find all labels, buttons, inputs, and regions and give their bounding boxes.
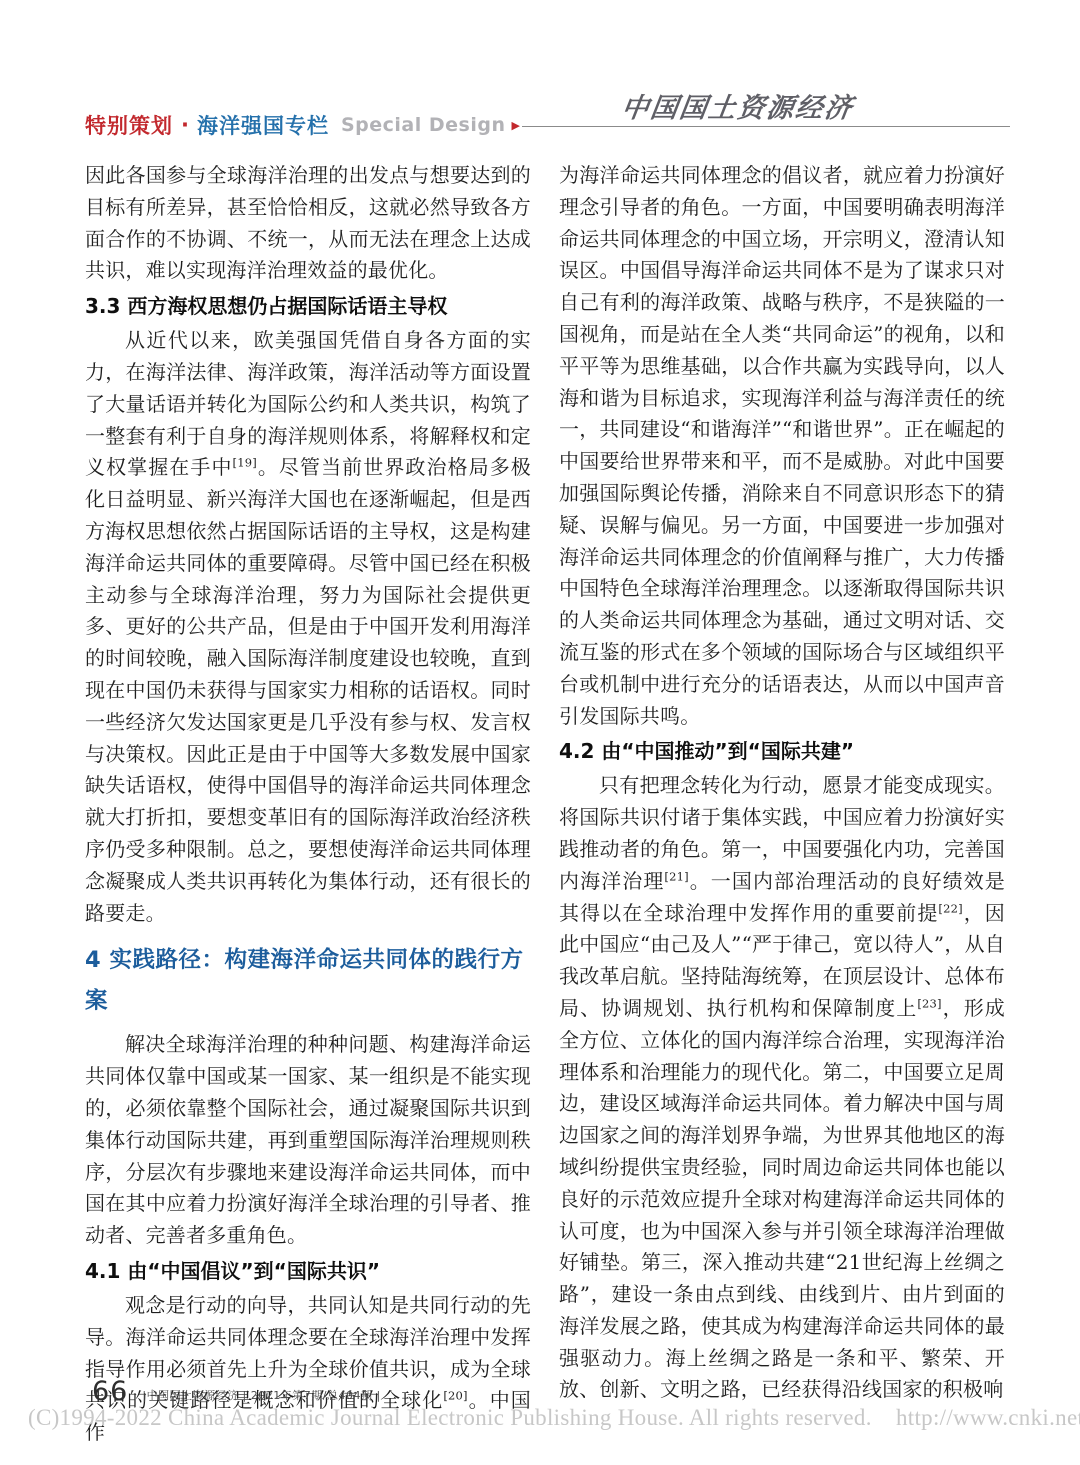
citation-reference: [22]: [938, 901, 962, 915]
subsection-heading: 4.2 由“中国推动”到“国际共建”: [559, 736, 1005, 767]
page-footer: 66 |中国国土资源经济 | 2021年第7期/总404期 |: [92, 1376, 381, 1407]
body-paragraph: 解决全球海洋治理的种种问题、构建海洋命运共同体仅靠中国或某一国家、某一组织是不能…: [85, 1029, 531, 1252]
body-paragraph: 只有把理念转化为行动，愿景才能变成现实。将国际共识付诸于集体实践，中国应着力扮演…: [559, 770, 1005, 1406]
journal-page: 中国国土资源经济 特别策划 · 海洋强国专栏 Special Design ▶ …: [0, 0, 1080, 1465]
article-body: 因此各国参与全球海洋治理的出发点与想要达到的目标有所差异，甚至恰恰相反，这就必然…: [85, 160, 1005, 1449]
header-rule: [522, 126, 1010, 127]
page-header: 特别策划 · 海洋强国专栏 Special Design ▶: [85, 110, 1010, 140]
page-number: 66: [92, 1376, 128, 1407]
citation-reference: [23]: [917, 996, 941, 1010]
body-paragraph: 为海洋命运共同体理念的倡议者，就应着力扮演好理念引导者的角色。一方面，中国要明确…: [559, 160, 1005, 732]
subsection-heading: 3.3 西方海权思想仍占据国际话语主导权: [85, 291, 531, 322]
citation-reference: [21]: [664, 869, 688, 883]
footer-journal-issue-info: |中国国土资源经济 | 2021年第7期/总404期 |: [142, 1387, 380, 1403]
body-paragraph: 因此各国参与全球海洋治理的出发点与想要达到的目标有所差异，甚至恰恰相反，这就必然…: [85, 160, 531, 287]
major-section-heading: 4 实践路径：构建海洋命运共同体的践行方案: [85, 940, 531, 1022]
header-separator-dot: ·: [181, 113, 189, 137]
arrow-right-icon: ▶: [512, 120, 520, 131]
header-label-english: Special Design: [341, 114, 506, 136]
body-paragraph: 从近代以来，欧美强国凭借自身各方面的实力，在海洋法律、海洋政策，海洋活动等方面设…: [85, 325, 531, 929]
header-label-column-title: 海洋强国专栏: [197, 110, 329, 140]
citation-reference: [20]: [443, 1389, 467, 1403]
left-column: 因此各国参与全球海洋治理的出发点与想要达到的目标有所差异，甚至恰恰相反，这就必然…: [85, 160, 531, 1449]
header-label-special-plan: 特别策划: [85, 110, 173, 140]
right-column: 为海洋命运共同体理念的倡议者，就应着力扮演好理念引导者的角色。一方面，中国要明确…: [559, 160, 1005, 1449]
copyright-watermark: (C)1994-2022 China Academic Journal Elec…: [28, 1405, 1080, 1431]
subsection-heading: 4.1 由“中国倡议”到“国际共识”: [85, 1256, 531, 1287]
citation-reference: [19]: [233, 456, 257, 470]
